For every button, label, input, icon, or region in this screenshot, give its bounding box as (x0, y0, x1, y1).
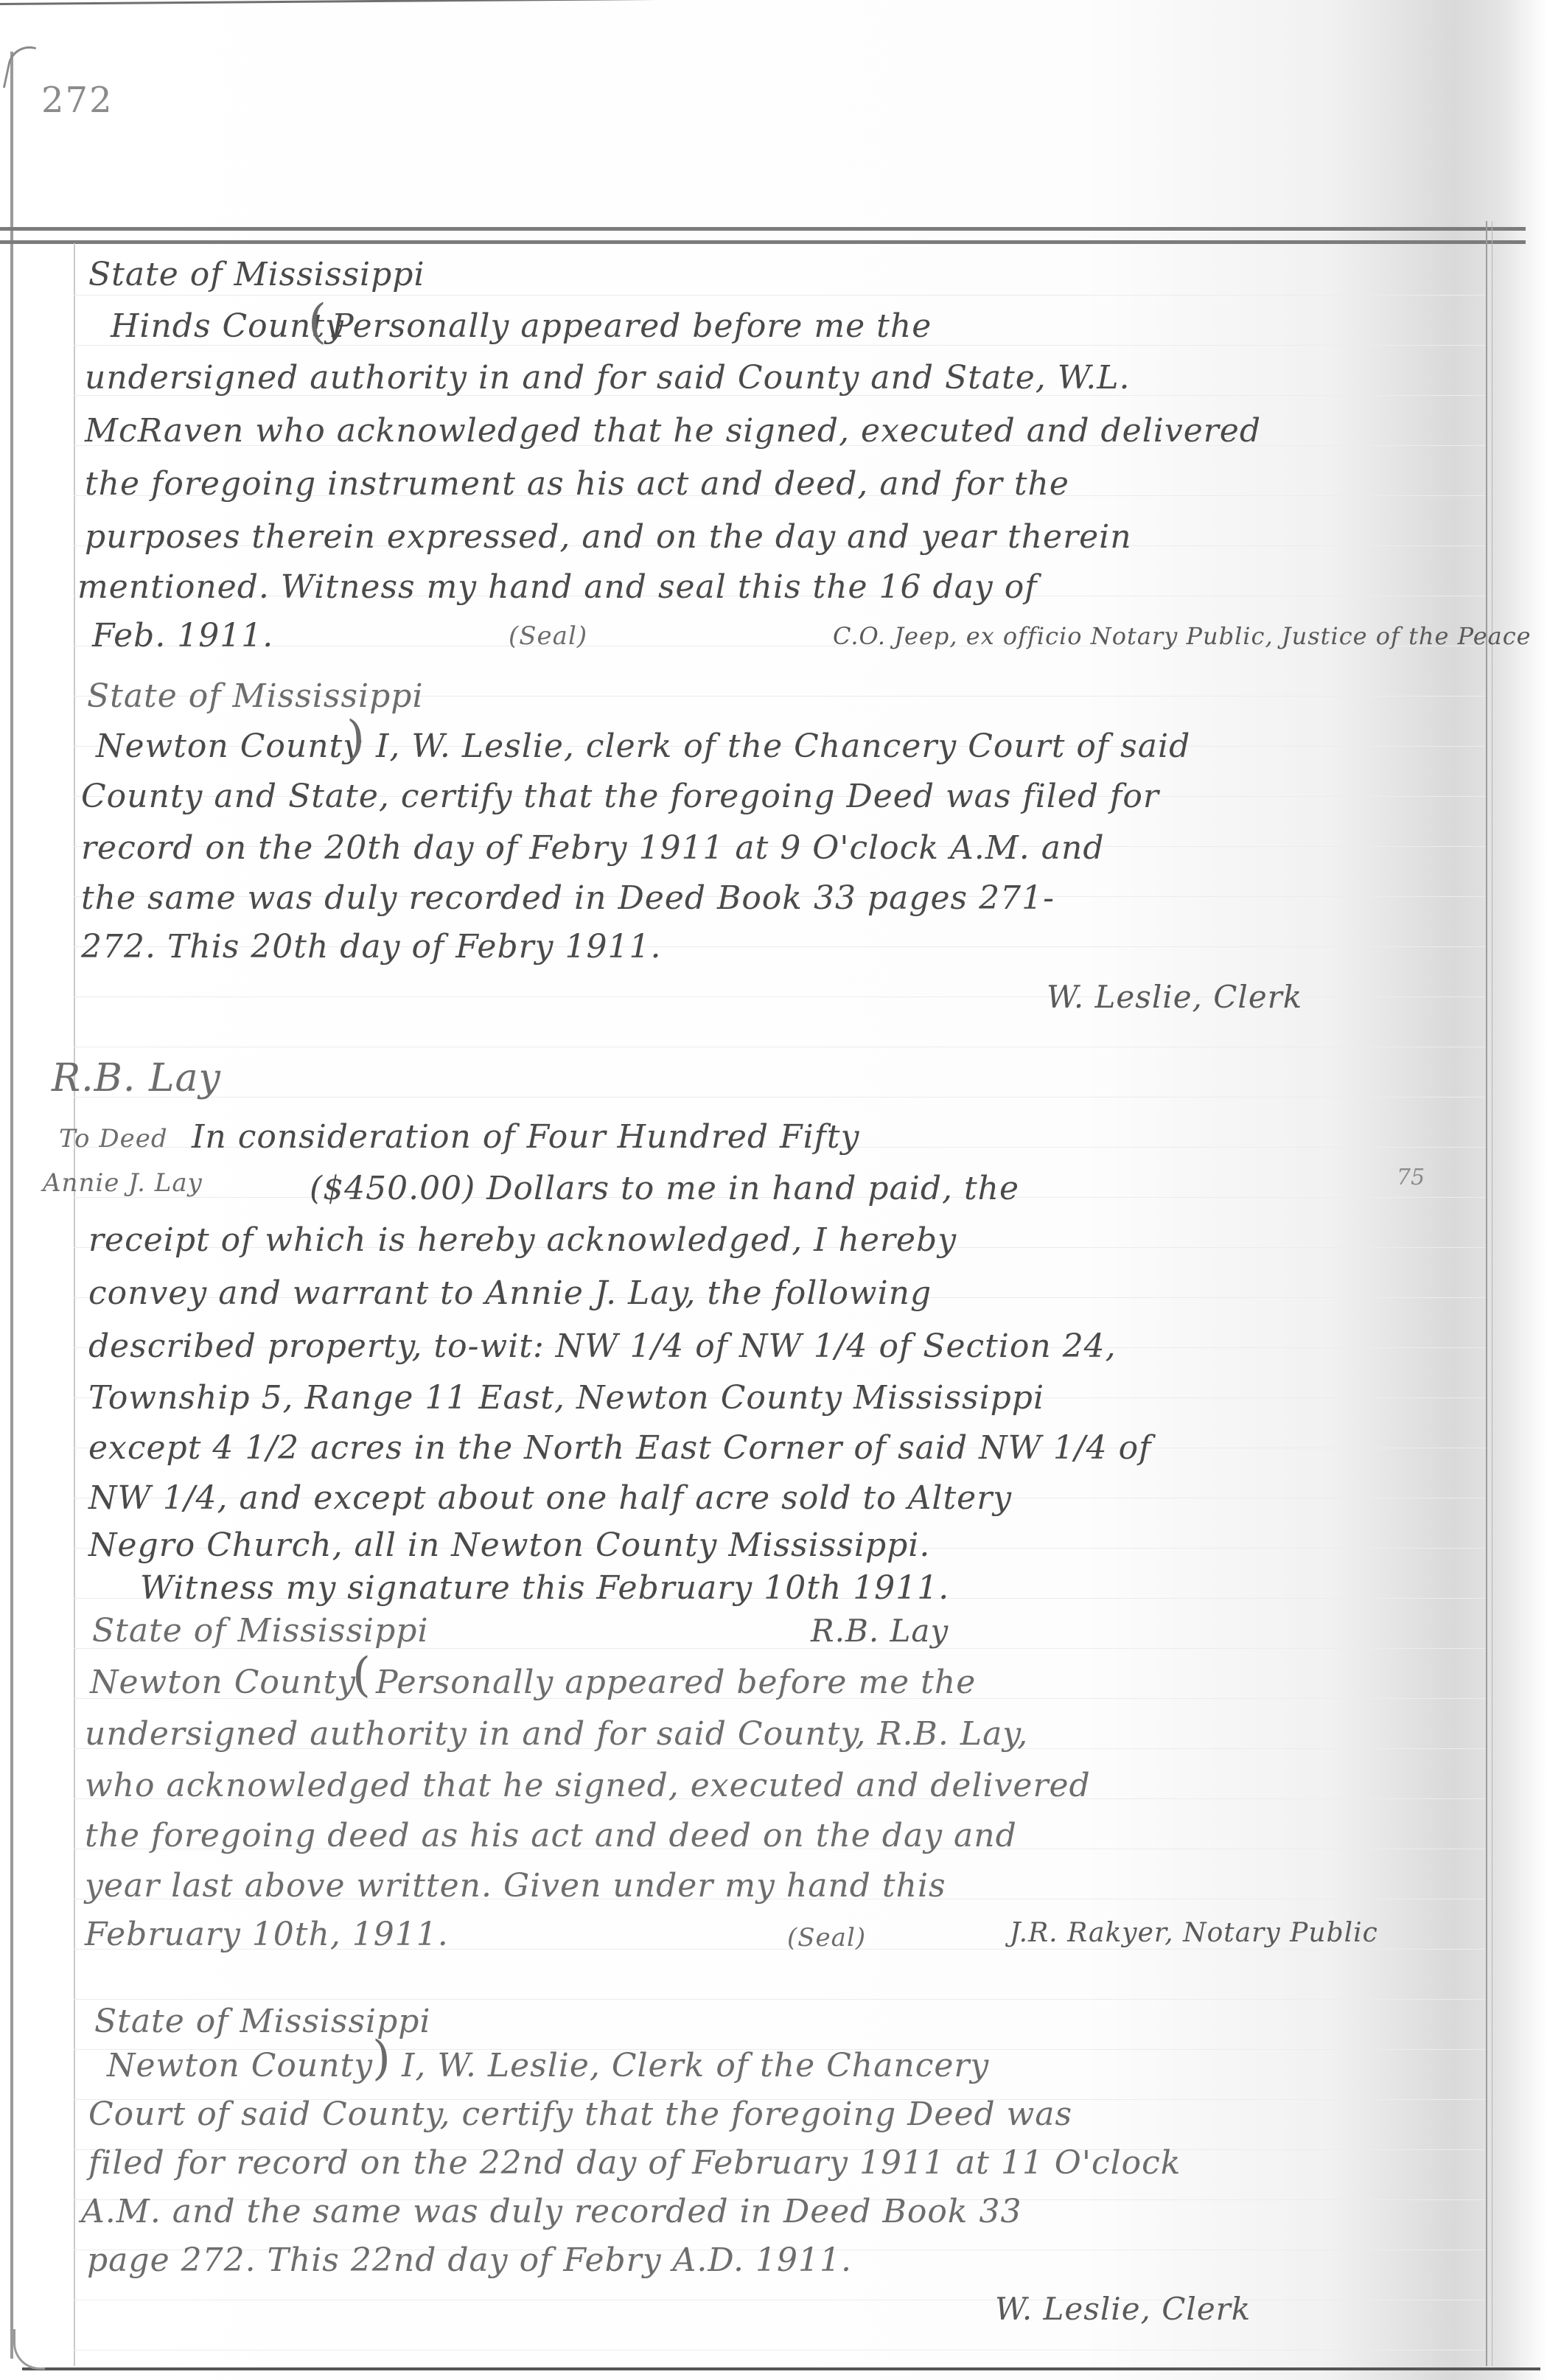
body-line: the foregoing deed as his act and deed o… (85, 1812, 1017, 1860)
margin-fee-note: 75 (1397, 1165, 1425, 1190)
section-heading-state: State of Mississippi (92, 1607, 429, 1655)
section-heading-state: State of Mississippi (87, 672, 424, 721)
header-rule-top (0, 227, 1526, 231)
body-line: Personally appeared before me the (376, 1658, 976, 1707)
body-line: filed for record on the 22nd day of Febr… (88, 2139, 1181, 2188)
body-line: 272. This 20th day of Febry 1911. (81, 923, 661, 971)
body-line: Witness my signature this February 10th … (140, 1564, 949, 1613)
body-line: County and State, certify that the foreg… (81, 772, 1159, 821)
header-rule-bottom (0, 240, 1526, 244)
body-line: undersigned authority in and for said Co… (85, 1710, 1028, 1759)
ledger-rule-line (74, 2300, 1486, 2300)
left-margin-line (74, 243, 75, 2366)
brace-icon: ) (372, 2031, 391, 2086)
body-line: page 272. This 22nd day of Febry A.D. 19… (87, 2236, 852, 2285)
body-line: undersigned authority in and for said Co… (85, 354, 1130, 402)
body-line: purposes therein expressed, and on the d… (85, 513, 1132, 562)
section-heading-county: Newton County (107, 2042, 373, 2090)
body-line: McRaven who acknowledged that he signed,… (85, 407, 1261, 456)
clerk-signature: W. Leslie, Clerk (995, 2285, 1251, 2334)
ledger-rule-line (74, 2350, 1486, 2351)
body-line: convey and warrant to Annie J. Lay, the … (88, 1269, 932, 1318)
body-line: Negro Church, all in Newton County Missi… (88, 1521, 930, 1570)
body-line: Feb. 1911. (92, 612, 273, 660)
margin-deed-type: To Deed (59, 1114, 168, 1163)
right-margin-line-secondary (1492, 221, 1492, 2366)
body-line: except 4 1/2 acres in the North East Cor… (88, 1424, 1151, 1473)
body-line: I, W. Leslie, Clerk of the Chancery (402, 2042, 989, 2090)
seal-label: (Seal) (509, 612, 587, 660)
margin-grantee: Annie J. Lay (43, 1159, 203, 1207)
right-margin-line (1486, 221, 1487, 2366)
brace-icon: ( (308, 295, 326, 349)
seal-label: (Seal) (787, 1913, 866, 1962)
ledger-rule-line (74, 1047, 1486, 1047)
page-bottom-edge (22, 2367, 1540, 2370)
grantor-signature: R.B. Lay (811, 1607, 949, 1655)
body-line: receipt of which is hereby acknowledged,… (88, 1216, 957, 1265)
notary-signature: J.R. Rakyer, Notary Public (1010, 1909, 1378, 1958)
body-line: record on the 20th day of Febry 1911 at … (81, 824, 1104, 873)
body-line: year last above written. Given under my … (85, 1862, 946, 1910)
page-number: 272 (41, 80, 114, 121)
margin-grantor: R.B. Lay (52, 1054, 221, 1103)
clerk-signature: W. Leslie, Clerk (1047, 973, 1302, 1022)
body-line: February 10th, 1911. (85, 1910, 449, 1959)
section-heading-county: Newton County (90, 1658, 356, 1707)
body-line: NW 1/4, and except about one half acre s… (88, 1474, 1012, 1523)
body-line: the foregoing instrument as his act and … (85, 460, 1069, 509)
body-line: A.M. and the same was duly recorded in D… (81, 2188, 1022, 2236)
notary-signature: C.O. Jeep, ex officio Notary Public, Jus… (833, 612, 1532, 660)
brace-icon: ( (352, 1648, 371, 1703)
body-line: who acknowledged that he signed, execute… (85, 1762, 1091, 1810)
body-line: described property, to-wit: NW 1/4 of NW… (88, 1322, 1117, 1371)
ledger-rule-line (74, 1097, 1486, 1097)
body-line: Township 5, Range 11 East, Newton County… (88, 1374, 1044, 1423)
body-line: ($450.00) Dollars to me in hand paid, th… (310, 1165, 1019, 1213)
body-line: Personally appeared before me the (332, 302, 932, 351)
body-line: Court of said County, certify that the f… (88, 2090, 1072, 2139)
section-heading-county: Newton County (96, 722, 362, 771)
body-line: mentioned. Witness my hand and seal this… (77, 563, 1038, 612)
section-heading-state: State of Mississippi (88, 251, 425, 299)
brace-icon: ) (346, 711, 365, 766)
body-line: In consideration of Four Hundred Fifty (192, 1113, 859, 1162)
body-line: I, W. Leslie, clerk of the Chancery Cour… (376, 722, 1190, 771)
body-line: the same was duly recorded in Deed Book … (81, 874, 1055, 923)
page-left-edge (10, 52, 13, 2359)
